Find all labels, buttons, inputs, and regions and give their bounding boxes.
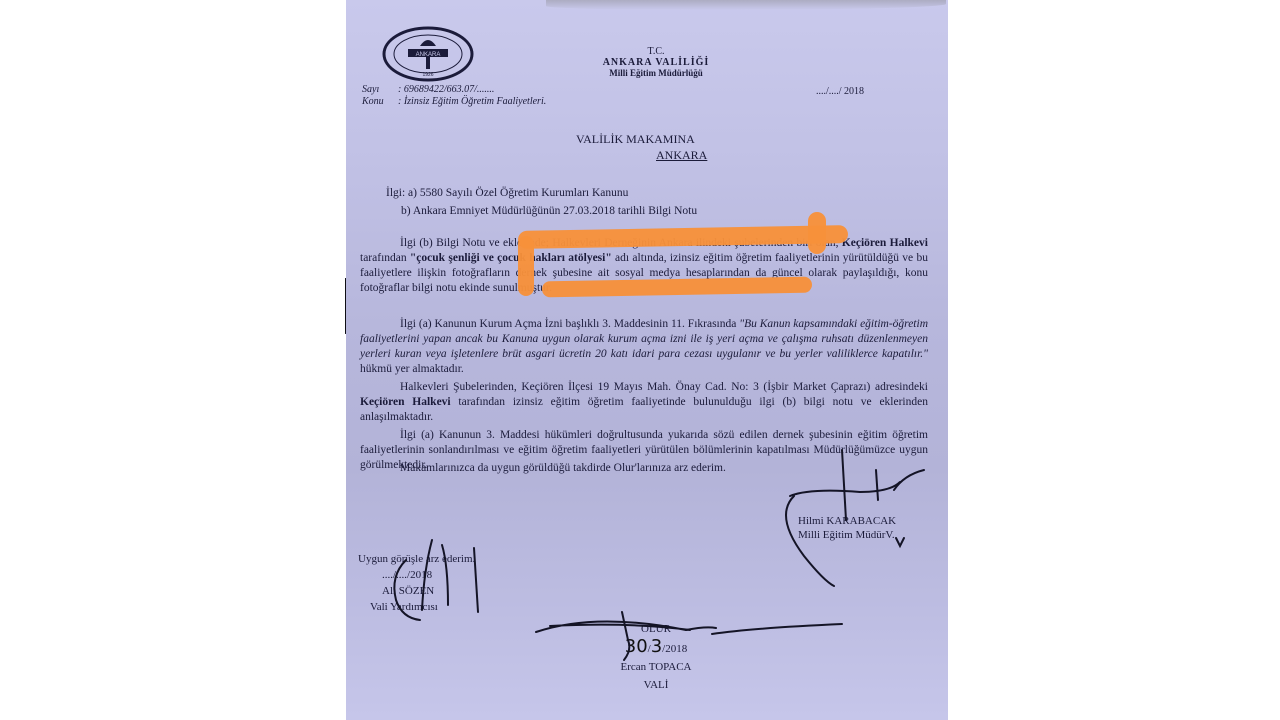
governor-approval-block: OLUR 30/3/2018 Ercan TOPACA VALİ xyxy=(586,620,726,694)
paragraph-5: Makamlarınızca da uygun görüldüğü takdir… xyxy=(360,461,928,476)
konu-label: Konu xyxy=(362,96,398,107)
konu-value: : İzinsiz Eğitim Öğretim Faaliyetleri. xyxy=(398,96,546,107)
reference-b: b) Ankara Emniyet Müdürlüğünün 27.03.201… xyxy=(401,205,697,217)
deputy-title: Vali Yardımcısı xyxy=(358,599,475,615)
deputy-approval-text: Uygun görüşle arz ederim. xyxy=(358,551,475,567)
director-name: Hilmi KARABACAK xyxy=(798,514,896,528)
paragraph-3: Halkevleri Şubelerinden, Keçiören İlçesi… xyxy=(360,380,928,425)
governor-title: VALİ xyxy=(586,676,726,694)
header-dept: Milli Eğitim Müdürlüğü xyxy=(556,68,756,78)
reference-a: İlgi: a) 5580 Sayılı Özel Öğretim Kuruml… xyxy=(386,187,628,199)
header-org: ANKARA VALİLİĞİ xyxy=(556,57,756,68)
director-signature-block: Hilmi KARABACAK Milli Eğitim MüdürV. xyxy=(798,514,896,542)
governor-name: Ercan TOPACA xyxy=(586,658,726,676)
redaction-mark xyxy=(518,236,534,296)
approval-date: 30/3/2018 xyxy=(586,638,726,658)
svg-text:1926: 1926 xyxy=(422,72,433,78)
sayi-value: : 69689422/663.07/....... xyxy=(398,84,494,95)
reference-number: Sayı: 69689422/663.07/....... xyxy=(362,84,494,95)
paragraph-2: İlgi (a) Kanunun Kurum Açma İzni başlıkl… xyxy=(360,317,928,377)
official-letter: ANKARA 1926 T.C. ANKARA VALİLİĞİ Milli E… xyxy=(346,0,948,720)
deputy-signature-block: Uygun görüşle arz ederim. ..../..../2018… xyxy=(358,551,475,615)
deputy-name: Ali SÖZEN xyxy=(358,583,475,599)
subject: Konu: İzinsiz Eğitim Öğretim Faaliyetler… xyxy=(362,96,546,107)
director-title: Milli Eğitim MüdürV. xyxy=(798,528,896,542)
sayi-label: Sayı xyxy=(362,84,398,95)
letter-date: ..../..../ 2018 xyxy=(816,86,864,97)
header-tc: T.C. xyxy=(556,46,756,57)
deputy-date: ..../..../2018 xyxy=(358,567,475,583)
paper-curl xyxy=(546,0,946,10)
redaction-mark xyxy=(808,212,826,254)
ministry-seal-logo: ANKARA 1926 xyxy=(382,26,474,84)
addressee: VALİLİK MAKAMINA xyxy=(576,132,695,147)
addressee-city: ANKARA xyxy=(656,148,707,163)
